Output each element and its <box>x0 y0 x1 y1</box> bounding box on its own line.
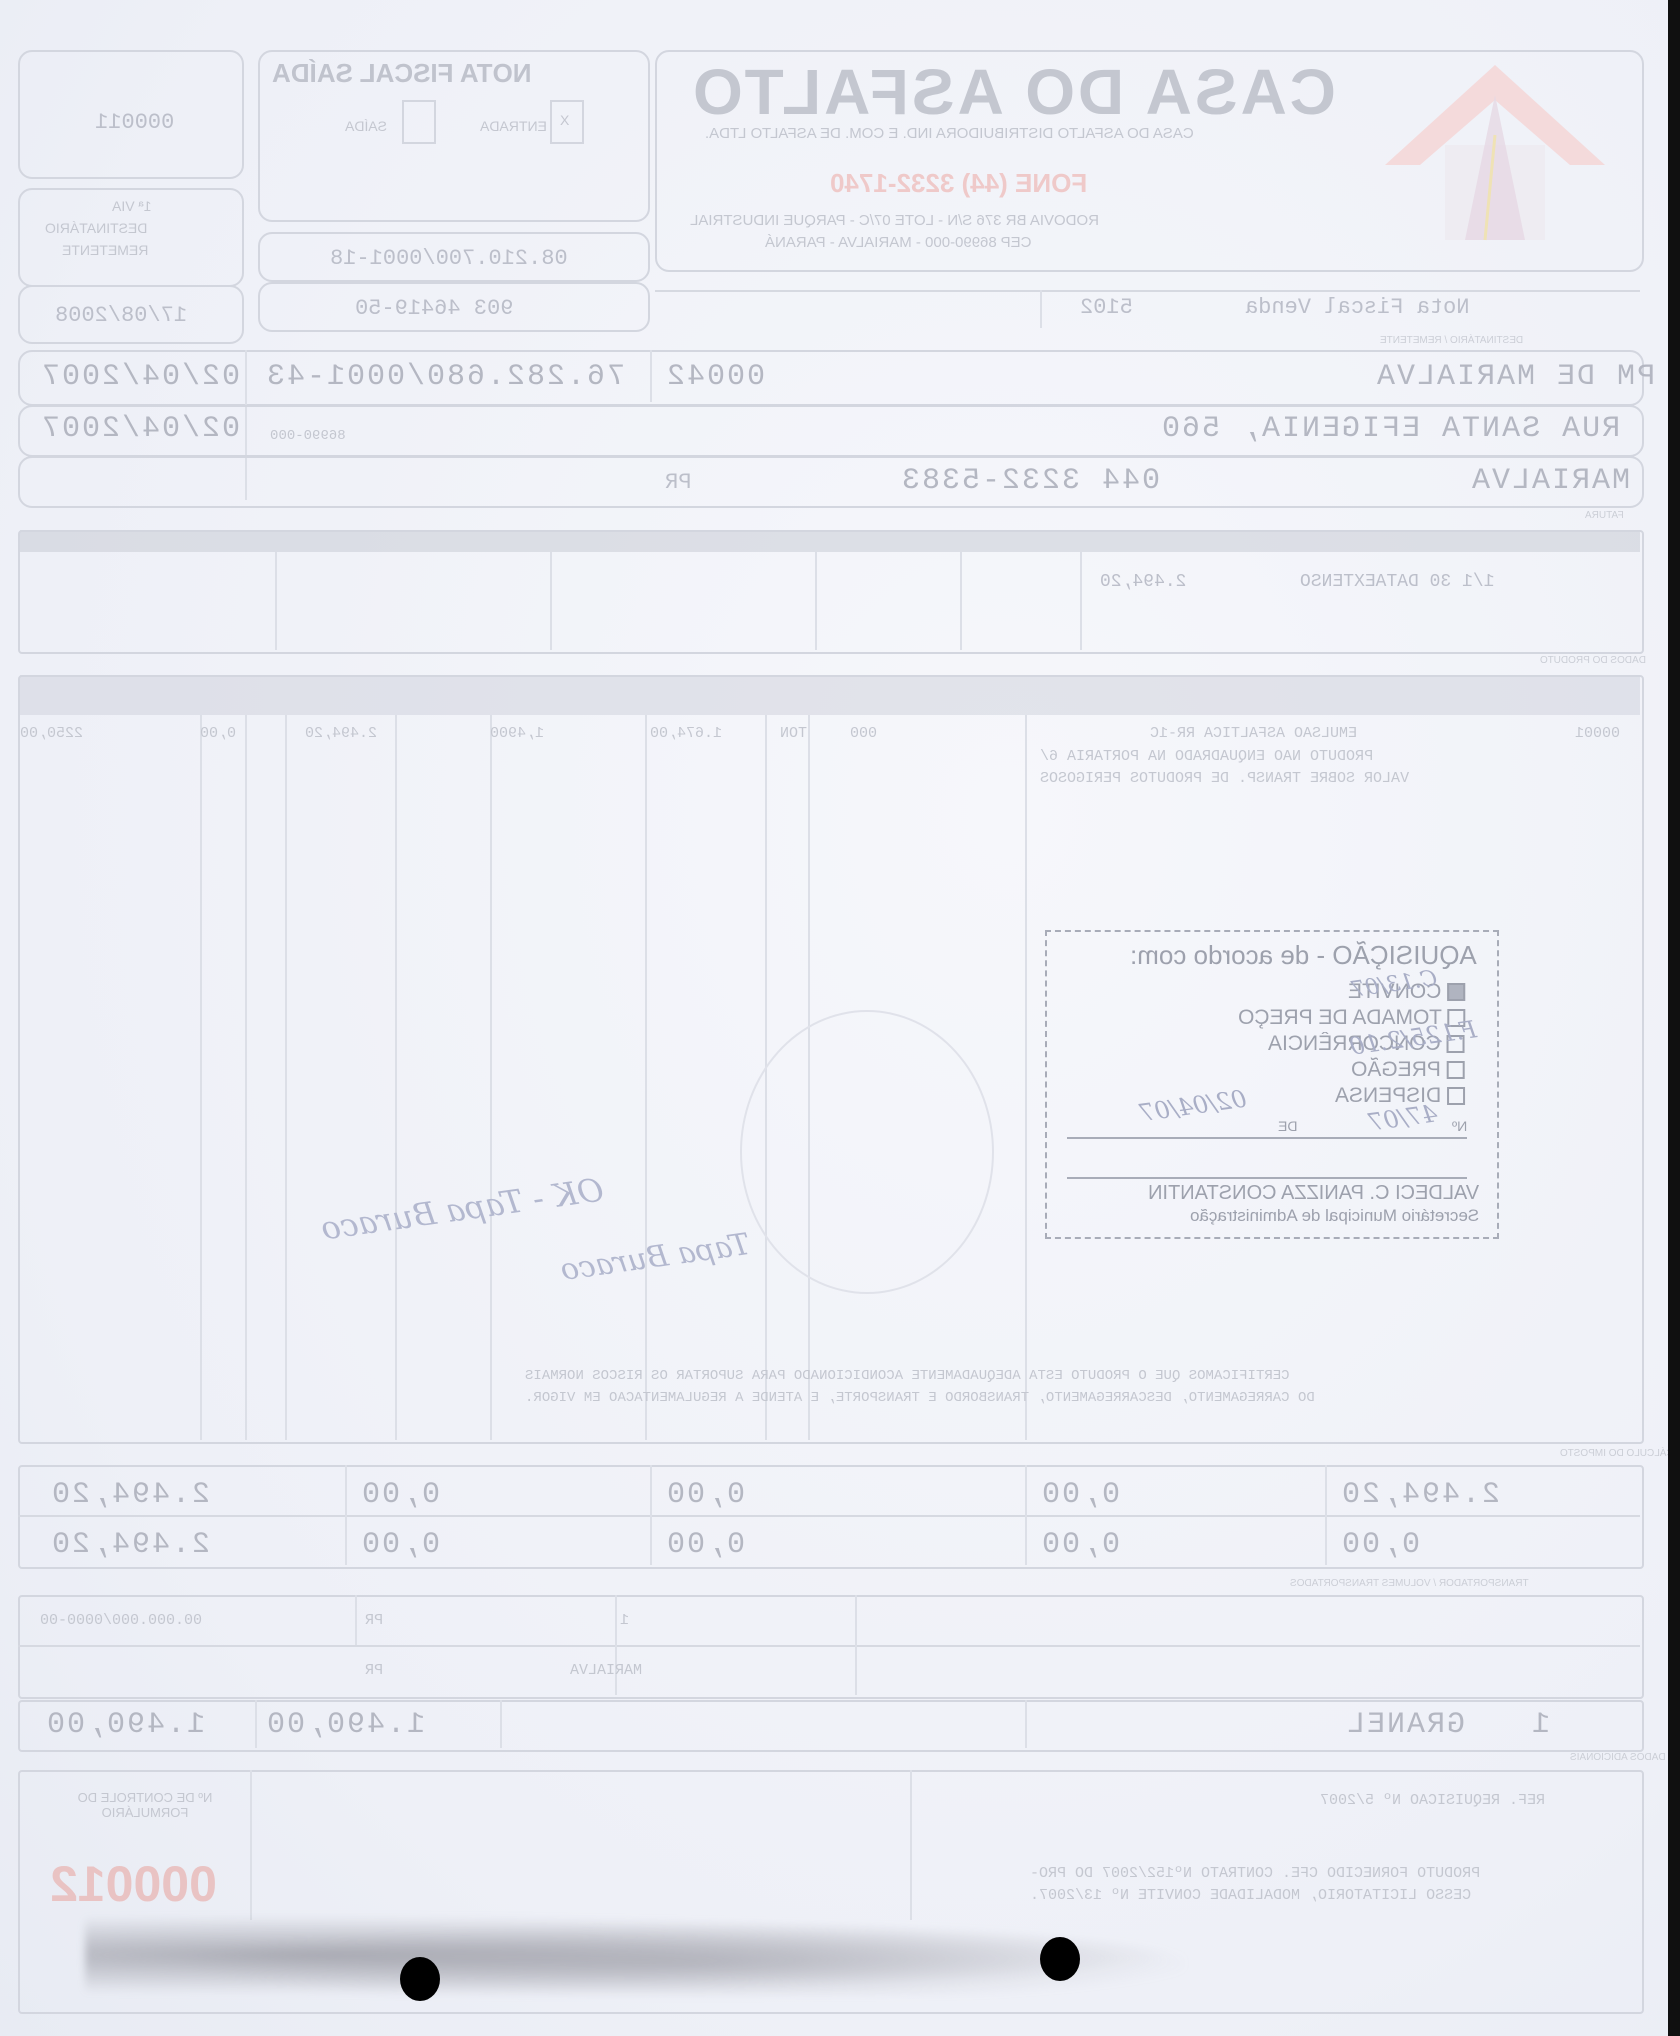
stamp-number-label: Nº <box>1452 1118 1467 1134</box>
invoice-box <box>18 530 1644 654</box>
issuer-cnpj: 08.210.700/0001-18 <box>330 246 568 271</box>
product-code: 00001 <box>1575 725 1620 742</box>
carrier-gross-weight: 1.490,00 <box>265 1708 425 1742</box>
icms-st-base: 0,00 <box>665 1478 745 1512</box>
house-roof-logo-icon <box>1375 55 1615 245</box>
issuer-address-1: RODOVIA BR 376 S/N - LOTE 07/C - PARQUE … <box>690 212 1099 229</box>
additional-reference: REF. REQUISICAO Nº 5/2007 <box>1320 1792 1545 1809</box>
product-unit-price: 1.674,00 <box>650 725 722 742</box>
icms-base: 2.494,20 <box>1340 1478 1500 1512</box>
certification-line-1: CERTIFICAMOS QUE O PRODUTO ESTA ADEQUADA… <box>525 1368 1290 1384</box>
exit-mark: X <box>560 112 569 128</box>
product-qty: 1,4900 <box>490 725 544 742</box>
checkbox-icon <box>1447 1087 1465 1105</box>
recipient-uf: PR <box>665 470 691 495</box>
invoice-number: 000011 <box>95 110 174 135</box>
insurance-value: 0,00 <box>1040 1528 1120 1562</box>
control-number: 000012 <box>50 1855 217 1913</box>
stamp-date-label: DE <box>1278 1118 1297 1134</box>
product-description: EMULSAO ASFALTICA RR-1C <box>1150 725 1357 742</box>
carrier-plate: 00.000.000/0000-00 <box>40 1612 202 1629</box>
carrier-freight-code: 1 <box>620 1612 629 1629</box>
via-text-1: DESTINATÁRIO <box>45 220 147 236</box>
recipient-city: MARIALVA <box>1470 464 1630 498</box>
additional-line-1: PRODUTO FORNECIDO CFE. CONTRATO Nº152/20… <box>1030 1865 1480 1882</box>
certification-line-2: DO CARREGAMENTO, DESCARREGAMENTO, TRANSB… <box>525 1390 1315 1406</box>
nf-title: NOTA FISCAL SAÍDA <box>272 58 532 89</box>
icms-value: 0,00 <box>1040 1478 1120 1512</box>
punch-hole-left <box>400 1957 440 2001</box>
stamp-option-pregao: PREGÃO <box>1351 1058 1469 1082</box>
products-total: 2.494,20 <box>50 1478 210 1512</box>
product-unit: TON <box>780 725 807 742</box>
product-note-1: PRODUTO NAO ENQUADRADO NA PORTARIA 6/ <box>1040 748 1373 765</box>
product-total: 2.494,20 <box>305 725 377 742</box>
exit-label: SAÍDA <box>345 118 387 134</box>
ipi-total: 0,00 <box>360 1528 440 1562</box>
emission-date: 02/04/2007 <box>40 360 240 394</box>
additional-section-label: DADOS ADICIONAIS <box>1570 1752 1666 1763</box>
carrier-net-weight: 1.490,00 <box>45 1708 205 1742</box>
product-icms-pct: 0,00 <box>200 725 236 742</box>
nature-operation: Nota Fiscal Venda <box>1245 295 1469 320</box>
freight-value: 0,00 <box>1340 1528 1420 1562</box>
stamp-handwritten-date: 02/04/07 <box>1138 1085 1249 1128</box>
invoice-line: 1/1 30 DATAEXTENSO <box>1300 572 1494 592</box>
stamp-signer-name: VALDECI C. PANIZZA CONSTANTIN <box>1148 1182 1479 1205</box>
products-section-label: DADOS DO PRODUTO <box>1540 655 1646 666</box>
faint-circle-mark <box>740 1010 994 1294</box>
via-text-2: REMETENTE <box>62 242 148 258</box>
product-class: 000 <box>850 725 877 742</box>
recipient-code: 00042 <box>665 360 765 394</box>
stamp-signer-role: Secretário Municipal de Administração <box>1190 1206 1479 1226</box>
exit-date: 02/04/2007 <box>40 412 240 446</box>
carrier-uf: PR <box>365 1612 383 1629</box>
invoice-total: 2.494,20 <box>50 1528 210 1562</box>
issue-date: 17/08/2008 <box>55 303 187 328</box>
issuer-legal-name: CASA DO ASFALTO DISTRIBUIDORA IND. E COM… <box>705 125 1194 142</box>
issuer-phone: FONE (44) 3232-1740 <box>830 168 1087 199</box>
via-label: 1ª VIA <box>112 198 151 214</box>
checkbox-checked-icon <box>1447 983 1465 1001</box>
recipient-cep: 86990-000 <box>270 428 346 444</box>
issuer-address-2: CEP 86990-000 - MARIALVA - PARANÁ <box>765 234 1032 251</box>
recipient-address: RUA SANTA EFIGENIA, 560 <box>1160 412 1620 446</box>
scan-edge <box>1668 0 1680 2036</box>
product-st: 2250,00 <box>20 725 83 742</box>
recipient-section-label: DESTINATÁRIO / REMETENTE <box>1380 335 1523 346</box>
issuer-ie: 903 46419-50 <box>355 296 513 321</box>
taxes-section-label: CÁLCULO DO IMPOSTO <box>1560 1448 1674 1459</box>
entry-checkbox: X <box>550 100 584 144</box>
recipient-row-3 <box>18 456 1644 508</box>
recipient-name: PM DE MARIALVA <box>1375 360 1655 394</box>
issuer-brand: CASA DO ASFALTO <box>690 55 1336 129</box>
additional-line-2: CESSO LICITATORIO, MODALIDADE CONVITE Nº… <box>1030 1887 1471 1904</box>
carrier-uf-2: PR <box>365 1662 383 1679</box>
acquisition-stamp: AQUISIÇÃO - de acordo com: CONVITE TOMAD… <box>1045 930 1499 1239</box>
carrier-qty: 1 <box>1530 1708 1550 1742</box>
nature-cfop: 5102 <box>1080 295 1133 320</box>
checkbox-icon <box>1447 1061 1465 1079</box>
entry-label: ENTRADA <box>480 118 547 134</box>
carrier-city: MARIALVA <box>570 1662 642 1679</box>
carrier-species: GRANEL <box>1345 1708 1465 1742</box>
carrier-box <box>18 1595 1644 1699</box>
punch-hole-right <box>1040 1937 1080 1981</box>
invoice-value: 2.494,20 <box>1100 572 1186 592</box>
carrier-section-label: TRANSPORTADOR / VOLUMES TRANSPORTADOS <box>1290 1578 1529 1589</box>
stamp-title: AQUISIÇÃO - de acordo com: <box>1130 940 1477 971</box>
icms-st-value: 0,00 <box>360 1478 440 1512</box>
recipient-cnpj: 76.282.680/0001-43 <box>265 360 625 394</box>
other-value: 0,00 <box>665 1528 745 1562</box>
scan-smudge <box>85 1915 1185 1995</box>
product-note-2: VALOR SOBRE TRANSP. DE PRODUTOS PERIGOSO… <box>1040 770 1409 787</box>
recipient-phone: 044 3232-5383 <box>900 464 1160 498</box>
control-label: Nº DE CONTROLE DO FORMULÁRIO <box>60 1790 230 1820</box>
invoice-section-label: FATURA <box>1585 510 1624 521</box>
exit-checkbox <box>402 100 436 144</box>
